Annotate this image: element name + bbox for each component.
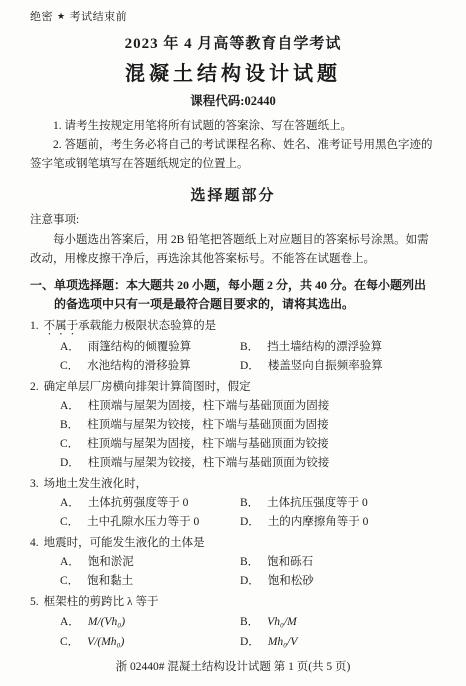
- option-c: C．水池结构的滑移验算: [60, 357, 240, 376]
- question-stem-emphasis: 不属于: [44, 320, 79, 332]
- option-text: 柱顶端与屋架为铰接，柱下端与基础顶面为铰接: [88, 457, 330, 469]
- option-label: C．: [60, 516, 79, 528]
- option-label: B．: [240, 556, 259, 568]
- option-label: A．: [60, 497, 80, 509]
- option-a: A．饱和淤泥: [60, 553, 240, 572]
- star-icon: ★: [57, 11, 66, 21]
- option-a: A．雨篷结构的倾覆验算: [60, 338, 240, 357]
- option-d: D．楼盖竖向自振频率验算: [240, 357, 436, 376]
- option-a: A．柱顶端与屋架为固接，柱下端与基础顶面为固接: [60, 397, 436, 416]
- question-2-options: A．柱顶端与屋架为固接，柱下端与基础顶面为固接 B．柱顶端与屋架为铰接，柱下端与…: [30, 397, 436, 473]
- question-4-stem: 4.地震时，可能发生液化的土体是: [30, 534, 436, 553]
- option-label: D．: [240, 516, 260, 528]
- notice-body: 每小题选出答案后，用 2B 铅笔把答题纸上对应题目的答案标号涂黑。如需改动，用橡…: [30, 231, 436, 270]
- exam-session-title: 2023 年 4 月高等教育自学考试: [30, 32, 436, 53]
- option-label: A．: [60, 341, 80, 353]
- option-label: A．: [60, 400, 80, 412]
- option-label: D．: [240, 575, 260, 587]
- question-5-stem: 5.框架柱的剪跨比 λ 等于: [30, 593, 436, 612]
- option-d: D．Mh₀/V: [240, 632, 436, 652]
- option-a: A．M/(Vh₀): [60, 612, 240, 632]
- option-label: A．: [60, 556, 80, 568]
- option-b: B．柱顶端与屋架为铰接，柱下端与基础顶面为固接: [60, 416, 436, 435]
- option-text: 土体抗剪强度等于 0: [88, 497, 189, 509]
- instructions-block: 1. 请考生按规定用笔将所有试题的答案涂、写在答题纸上。 2. 答题前，考生务必…: [30, 117, 436, 174]
- question-number: 5.: [30, 596, 39, 608]
- option-text: 饱和松砂: [268, 575, 314, 587]
- course-code: 课程代码:02440: [30, 91, 436, 109]
- option-label: C．: [60, 636, 79, 648]
- question-4: 4.地震时，可能发生液化的土体是 A．饱和淤泥 B．饱和砾石 C．饱和黏土 D．…: [30, 534, 436, 591]
- option-b: B．Vh₀/M: [240, 612, 436, 632]
- question-3-stem: 3.场地土发生液化时，: [30, 475, 436, 494]
- option-a: A．土体抗剪强度等于 0: [60, 494, 240, 513]
- classification-label: 绝密: [30, 11, 53, 23]
- question-5: 5.框架柱的剪跨比 λ 等于 A．M/(Vh₀) B．Vh₀/M C．V/(Mh…: [30, 593, 436, 652]
- question-number: 3.: [30, 478, 39, 490]
- option-label: D．: [60, 457, 80, 469]
- option-label: C．: [60, 438, 79, 450]
- option-c: C．V/(Mh₀): [60, 632, 240, 652]
- option-label: B．: [240, 497, 259, 509]
- question-5-options: A．M/(Vh₀) B．Vh₀/M C．V/(Mh₀) D．Mh₀/V: [30, 612, 436, 652]
- option-d: D．土的内摩擦角等于 0: [240, 513, 436, 532]
- option-text: 土中孔隙水压力等于 0: [87, 516, 199, 528]
- option-c: C．土中孔隙水压力等于 0: [60, 513, 240, 532]
- question-number: 4.: [30, 537, 39, 549]
- option-c: C．柱顶端与屋架为固接，柱下端与基础顶面为铰接: [60, 435, 436, 454]
- option-label: B．: [240, 341, 259, 353]
- option-label: B．: [60, 419, 79, 431]
- question-2-stem: 2.确定单层厂房横向排架计算简图时，假定: [30, 378, 436, 397]
- exam-timing-label: 考试结束前: [70, 11, 128, 23]
- instruction-item-1: 1. 请考生按规定用笔将所有试题的答案涂、写在答题纸上。: [30, 117, 436, 136]
- option-text: 饱和砾石: [267, 556, 313, 568]
- instruction-item-2: 2. 答题前，考生务必将自己的考试课程名称、姓名、准考证号用黑色字迹的签字笔或钢…: [30, 136, 436, 174]
- question-stem-text: 确定单层厂房横向排架计算简图时，假定: [44, 381, 251, 393]
- notice-title: 注意事项:: [30, 211, 436, 231]
- option-formula: Vh₀/M: [267, 616, 297, 628]
- option-text: 土的内摩擦角等于 0: [268, 516, 369, 528]
- part-one-heading: 一、单项选择题：本大题共 20 小题，每小题 2 分，共 40 分。在每小题列出…: [30, 276, 436, 315]
- question-1-stem: 1.不属于承载能力极限状态验算的是: [30, 317, 436, 338]
- question-stem-text: 框架柱的剪跨比 λ 等于: [44, 596, 159, 608]
- option-formula: V/(Mh₀): [87, 636, 124, 648]
- question-1-options: A．雨篷结构的倾覆验算 B．挡土墙结构的漂浮验算 C．水池结构的滑移验算 D．楼…: [30, 338, 436, 376]
- option-text: 雨篷结构的倾覆验算: [88, 341, 192, 353]
- question-number: 2.: [30, 381, 39, 393]
- option-label: B．: [240, 616, 259, 628]
- option-b: B．挡土墙结构的漂浮验算: [240, 338, 436, 357]
- option-text: 土体抗压强度等于 0: [267, 497, 368, 509]
- section-title: 选择题部分: [30, 184, 436, 205]
- option-text: 挡土墙结构的漂浮验算: [267, 341, 382, 353]
- option-text: 柱顶端与屋架为固接，柱下端与基础顶面为固接: [88, 400, 330, 412]
- exam-paper-page: 绝密★考试结束前 2023 年 4 月高等教育自学考试 混凝土结构设计试题 课程…: [0, 0, 466, 686]
- option-text: 水池结构的滑移验算: [87, 360, 191, 372]
- question-stem-text: 承载能力极限状态验算的是: [78, 320, 216, 332]
- security-classification-line: 绝密★考试结束前: [30, 8, 436, 24]
- option-text: 饱和黏土: [87, 575, 133, 587]
- option-formula: Mh₀/V: [268, 636, 298, 648]
- question-3: 3.场地土发生液化时， A．土体抗剪强度等于 0 B．土体抗压强度等于 0 C．…: [30, 475, 436, 532]
- question-3-options: A．土体抗剪强度等于 0 B．土体抗压强度等于 0 C．土中孔隙水压力等于 0 …: [30, 494, 436, 532]
- option-c: C．饱和黏土: [60, 572, 240, 591]
- option-label: C．: [60, 575, 79, 587]
- option-b: B．饱和砾石: [240, 553, 436, 572]
- option-d: D．饱和松砂: [240, 572, 436, 591]
- question-number: 1.: [30, 320, 39, 332]
- option-d: D．柱顶端与屋架为铰接，柱下端与基础顶面为铰接: [60, 454, 436, 473]
- page-title: 混凝土结构设计试题: [30, 57, 436, 86]
- option-text: 楼盖竖向自振频率验算: [268, 360, 383, 372]
- option-text: 饱和淤泥: [88, 556, 134, 568]
- option-label: A．: [60, 616, 80, 628]
- option-label: C．: [60, 360, 79, 372]
- question-2: 2.确定单层厂房横向排架计算简图时，假定 A．柱顶端与屋架为固接，柱下端与基础顶…: [30, 378, 436, 473]
- option-text: 柱顶端与屋架为固接，柱下端与基础顶面为铰接: [87, 438, 329, 450]
- option-b: B．土体抗压强度等于 0: [240, 494, 436, 513]
- question-1: 1.不属于承载能力极限状态验算的是 A．雨篷结构的倾覆验算 B．挡土墙结构的漂浮…: [30, 317, 436, 376]
- option-label: D．: [240, 636, 260, 648]
- question-4-options: A．饱和淤泥 B．饱和砾石 C．饱和黏土 D．饱和松砂: [30, 553, 436, 591]
- question-stem-text: 地震时，可能发生液化的土体是: [44, 537, 205, 549]
- option-label: D．: [240, 360, 260, 372]
- option-text: 柱顶端与屋架为铰接，柱下端与基础顶面为固接: [87, 419, 329, 431]
- page-footer: 浙 02440# 混凝土结构设计试题 第 1 页(共 5 页): [30, 658, 436, 674]
- question-stem-text: 场地土发生液化时，: [44, 478, 148, 490]
- option-formula: M/(Vh₀): [88, 616, 125, 628]
